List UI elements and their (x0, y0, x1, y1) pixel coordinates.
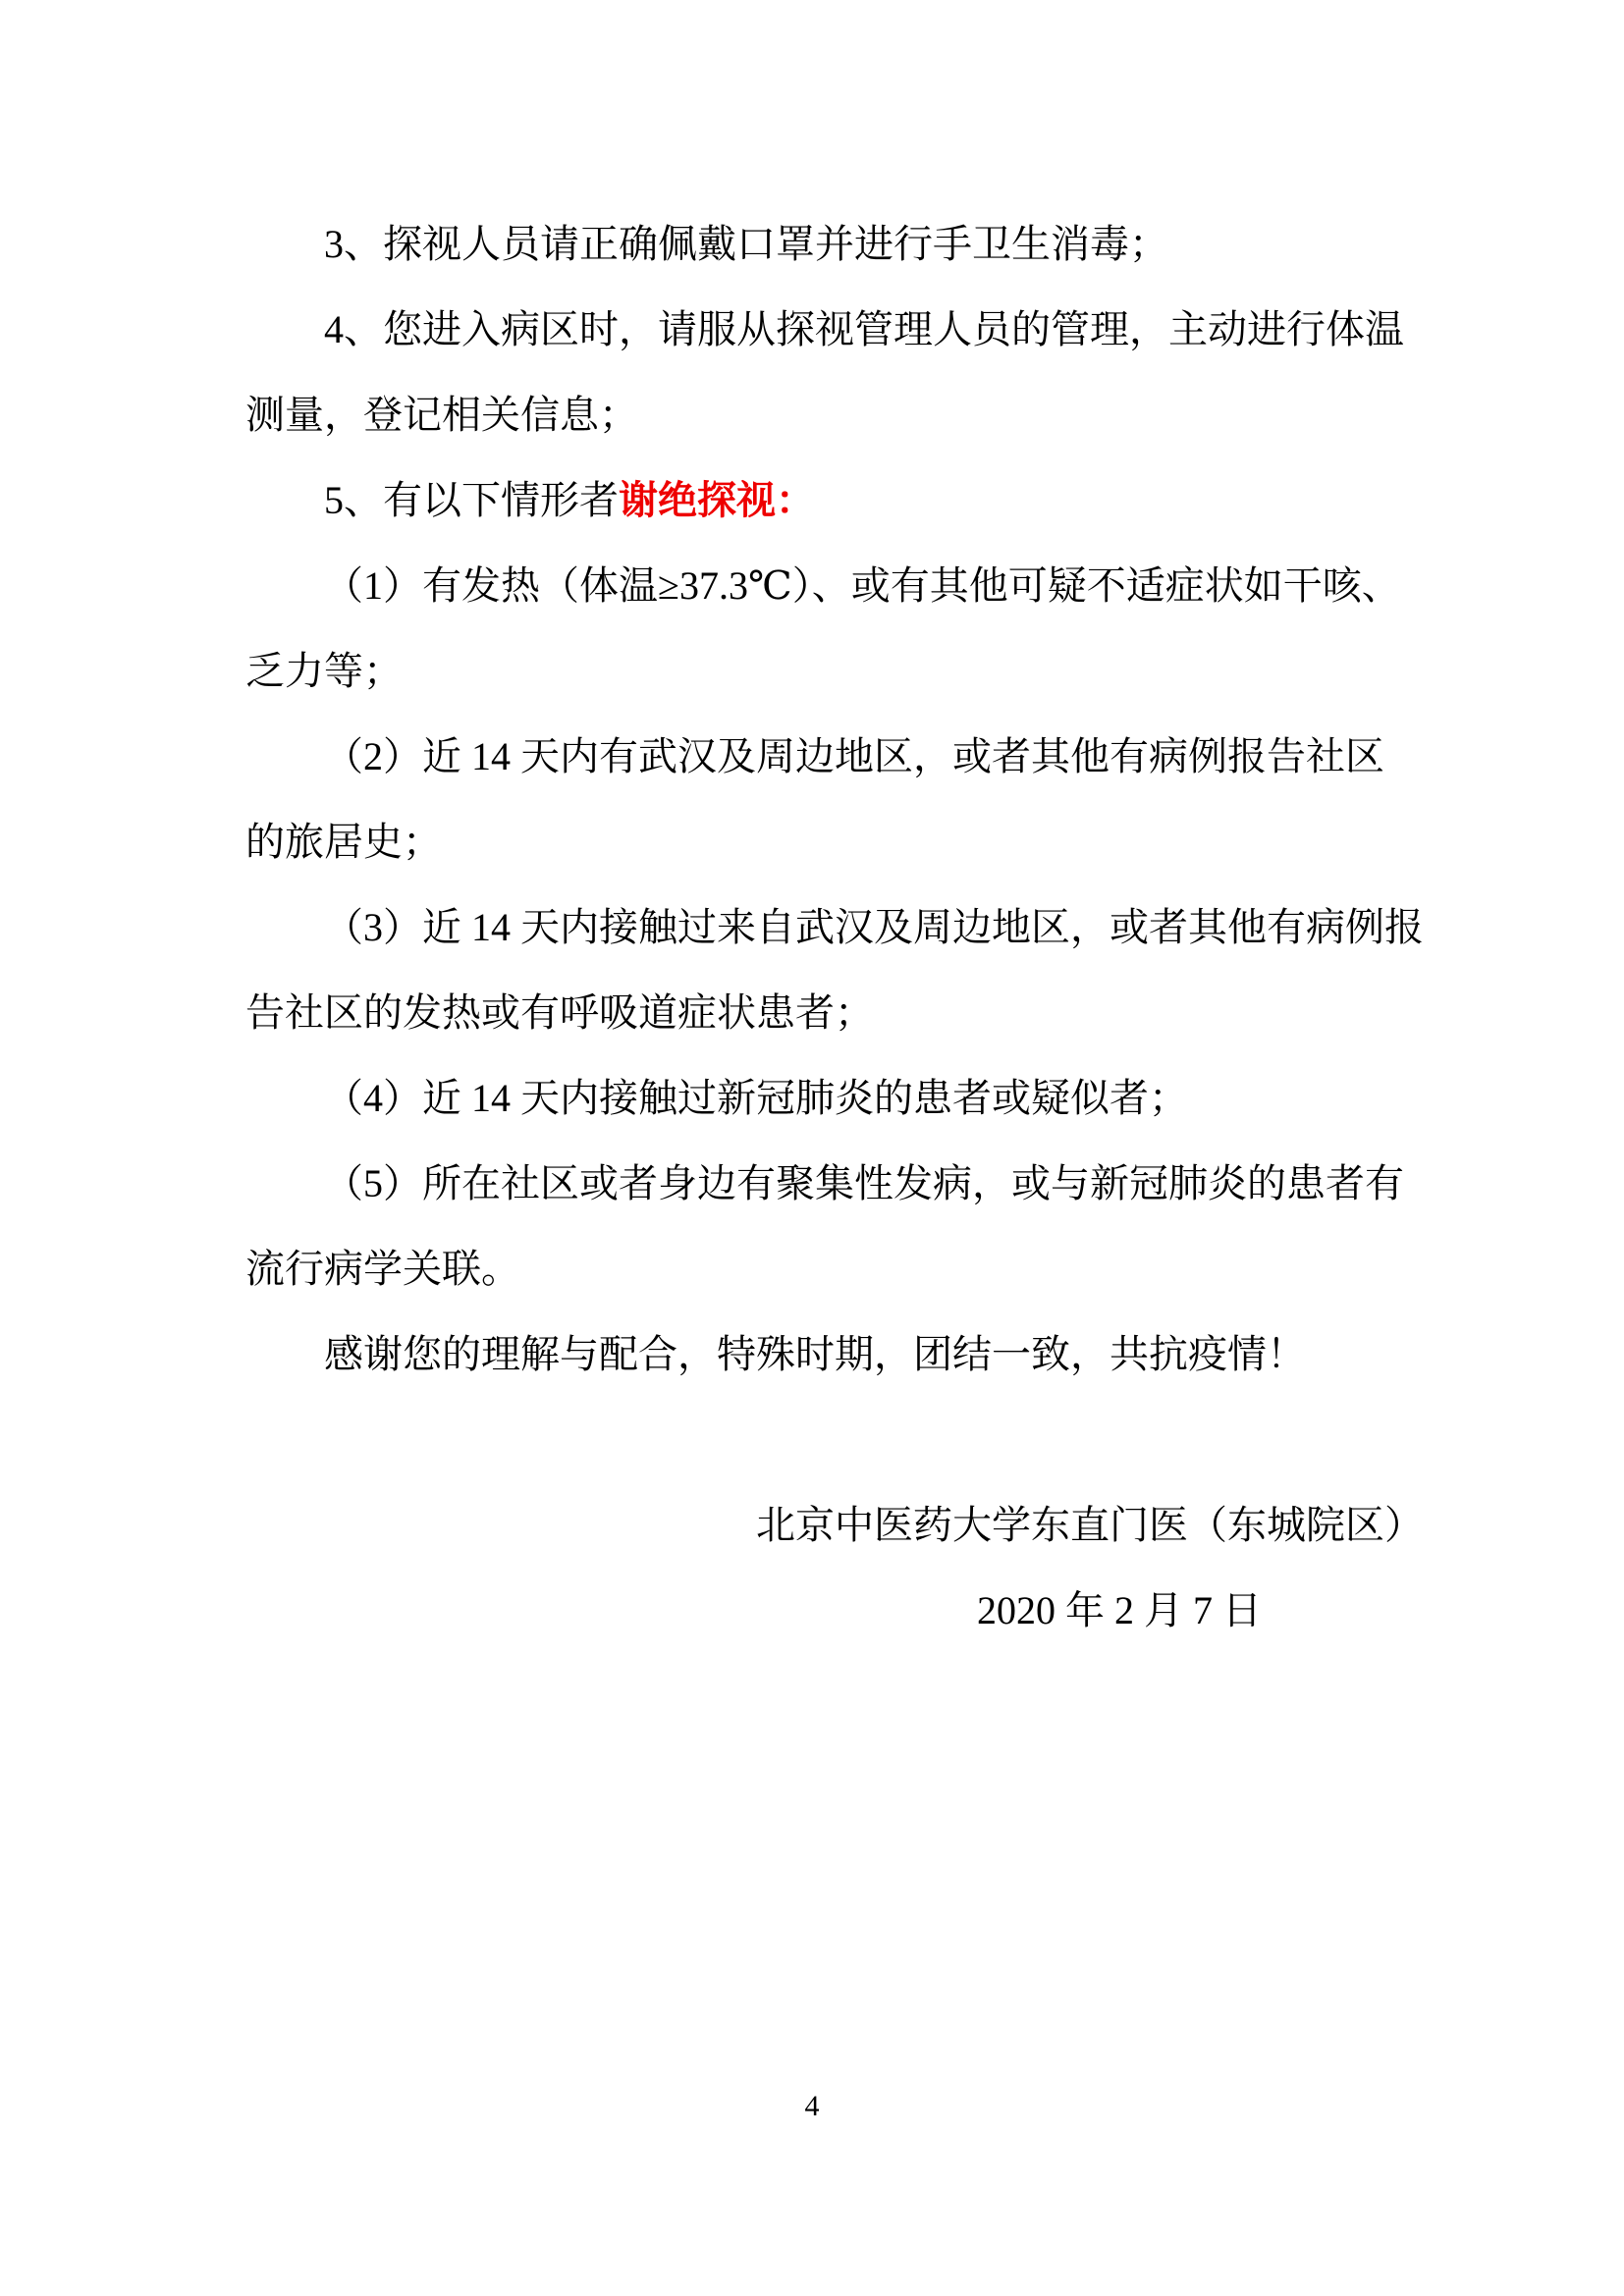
paragraph-item-3: 3、探视人员请正确佩戴口罩并进行手卫生消毒； (245, 201, 1424, 287)
paragraph-subitem-2-line-2: 的旅居史； (245, 799, 1424, 884)
paragraph-text: 乏力等； (245, 649, 403, 693)
date-line: 2020 年 2 月 7 日 (245, 1568, 1424, 1653)
paragraph-text: （4）近 14 天内接触过新冠肺炎的患者或疑似者； (324, 1076, 1188, 1120)
page-number: 4 (805, 2090, 820, 2122)
paragraph-text: 测量，登记相关信息； (245, 393, 638, 437)
paragraph-subitem-2-line-1: （2）近 14 天内有武汉及周边地区，或者其他有病例报告社区 (245, 714, 1424, 799)
paragraph-subitem-1-line-1: （1）有发热（体温≥37.3℃）、或有其他可疑不适症状如干咳、 (245, 543, 1424, 628)
signature-line: 北京中医药大学东直门医（东城院区） (245, 1482, 1424, 1568)
paragraph-subitem-5-line-2: 流行病学关联。 (245, 1226, 1424, 1311)
paragraph-item-4-line-2: 测量，登记相关信息； (245, 372, 1424, 457)
paragraph-subitem-4: （4）近 14 天内接触过新冠肺炎的患者或疑似者； (245, 1055, 1424, 1141)
paragraph-text: 感谢您的理解与配合，特殊时期，团结一致，共抗疫情！ (324, 1332, 1306, 1376)
paragraph-thanks: 感谢您的理解与配合，特殊时期，团结一致，共抗疫情！ (245, 1311, 1424, 1397)
paragraph-text: （2）近 14 天内有武汉及周边地区，或者其他有病例报告社区 (324, 734, 1384, 778)
paragraph-subitem-5-line-1: （5）所在社区或者身边有聚集性发病，或与新冠肺炎的患者有 (245, 1141, 1424, 1226)
paragraph-text: 的旅居史； (245, 820, 442, 864)
blank-line (245, 1397, 1424, 1482)
paragraph-subitem-1-line-2: 乏力等； (245, 628, 1424, 714)
paragraph-text: 3、探视人员请正确佩戴口罩并进行手卫生消毒； (324, 222, 1168, 266)
signature-text: 北京中医药大学东直门医（东城院区） (756, 1503, 1424, 1547)
paragraph-text: （1）有发热（体温≥37.3℃）、或有其他可疑不适症状如干咳、 (324, 563, 1401, 608)
paragraph-subitem-3-line-1: （3）近 14 天内接触过来自武汉及周边地区，或者其他有病例报 (245, 884, 1424, 970)
paragraph-text: （3）近 14 天内接触过来自武汉及周边地区，或者其他有病例报 (324, 905, 1424, 949)
document-page: 3、探视人员请正确佩戴口罩并进行手卫生消毒； 4、您进入病区时，请服从探视管理人… (0, 0, 1624, 2296)
paragraph-text: 4、您进入病区时，请服从探视管理人员的管理，主动进行体温 (324, 307, 1404, 351)
paragraph-item-4-line-1: 4、您进入病区时，请服从探视管理人员的管理，主动进行体温 (245, 287, 1424, 372)
page-footer: 4 (0, 2087, 1624, 2126)
paragraph-text: 5、有以下情形者 (324, 478, 619, 522)
document-body: 3、探视人员请正确佩戴口罩并进行手卫生消毒； 4、您进入病区时，请服从探视管理人… (245, 201, 1424, 1653)
paragraph-item-5: 5、有以下情形者谢绝探视： (245, 457, 1424, 543)
paragraph-text: 流行病学关联。 (245, 1247, 520, 1291)
refuse-visit-highlight: 谢绝探视： (619, 478, 815, 522)
date-text: 2020 年 2 月 7 日 (977, 1588, 1262, 1632)
paragraph-text: 告社区的发热或有呼吸道症状患者； (245, 990, 874, 1035)
paragraph-text: （5）所在社区或者身边有聚集性发病，或与新冠肺炎的患者有 (324, 1161, 1404, 1205)
paragraph-subitem-3-line-2: 告社区的发热或有呼吸道症状患者； (245, 970, 1424, 1055)
